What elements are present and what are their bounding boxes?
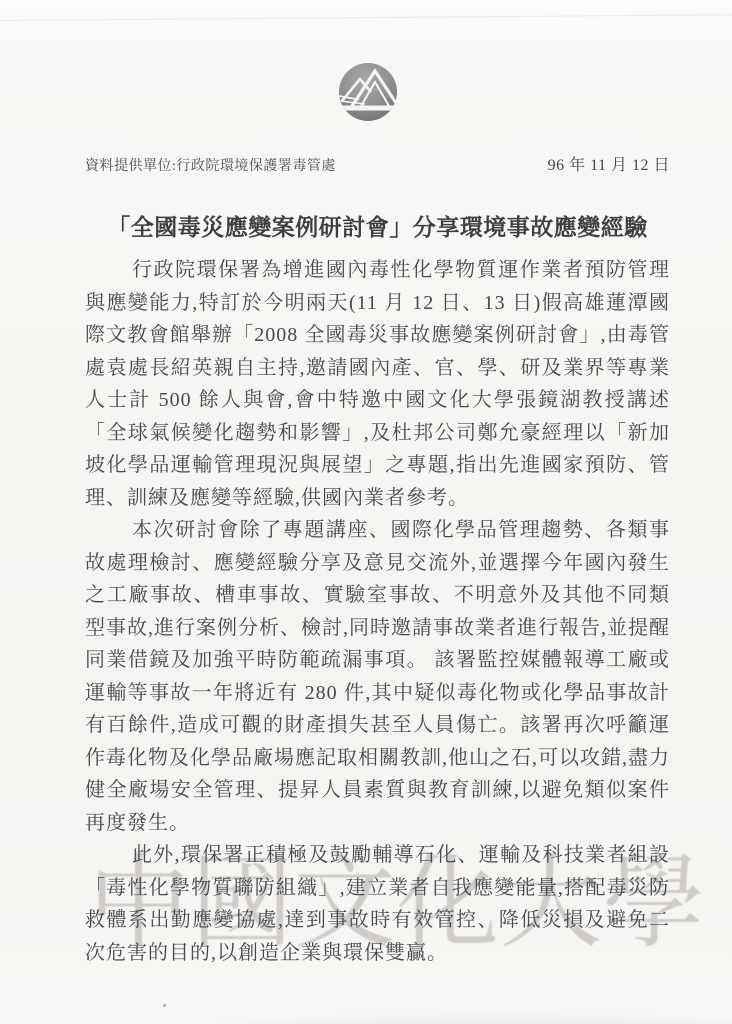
document-body: 行政院環保署為增進國內毒性化學物質運作業者預防管理與應變能力,特訂於今明兩天(1… (85, 254, 670, 969)
body-paragraph: 本次研討會除了專題講座、國際化學品管理趨勢、各類事故處理檢討、應變經驗分享及意見… (85, 514, 670, 839)
document-date: 96 年 11 月 12 日 (548, 152, 670, 175)
scan-crease-line (0, 14, 732, 24)
body-paragraph: 此外,環保署正積極及鼓勵輔導石化、運輸及科技業者組設「毒性化學物質聯防組織」,建… (85, 839, 670, 969)
meta-row: 資料提供單位:行政院環境保護署毒管處 96 年 11 月 12 日 (85, 152, 670, 175)
scan-bottom-shadow (0, 1006, 732, 1024)
source-unit-label: 資料提供單位:行政院環境保護署毒管處 (85, 155, 336, 175)
body-paragraph: 行政院環保署為增進國內毒性化學物質運作業者預防管理與應變能力,特訂於今明兩天(1… (85, 254, 670, 514)
epa-taiwan-logo-icon (338, 62, 398, 122)
document-title: 「全國毒災應變案例研討會」分享環境事故應變經驗 (85, 211, 670, 245)
scanned-document-page: 中國文化大學 資料提供單位:行政院環境保護署毒管處 96 年 1 (0, 0, 732, 1024)
